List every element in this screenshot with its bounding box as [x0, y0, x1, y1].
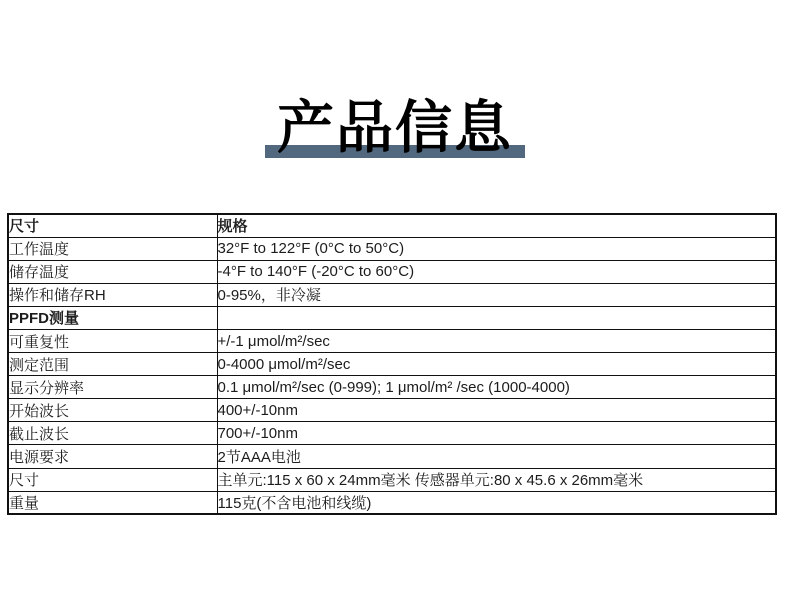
row-value: -4°F to 140°F (-20°C to 60°C)	[217, 260, 776, 283]
row-value: 400+/-10nm	[217, 399, 776, 422]
row-label: 开始波长	[8, 399, 217, 422]
row-value: 0-95%，非冷凝	[217, 283, 776, 306]
row-value: 0-4000 μmol/m²/sec	[217, 353, 776, 376]
row-label: 测定范围	[8, 353, 217, 376]
row-label: 显示分辨率	[8, 376, 217, 399]
row-label: 工作温度	[8, 237, 217, 260]
row-value: 2节AAA电池	[217, 445, 776, 468]
row-value: 0.1 μmol/m²/sec (0-999); 1 μmol/m² /sec …	[217, 376, 776, 399]
page-title-block: 产品信息	[0, 94, 790, 162]
header-col2: 规格	[217, 214, 776, 237]
table-row: 工作温度 32°F to 122°F (0°C to 50°C)	[8, 237, 776, 260]
row-label: 可重复性	[8, 329, 217, 352]
row-value	[217, 306, 776, 329]
table-section-row: PPFD测量	[8, 306, 776, 329]
spec-table-header-row: 尺寸 规格	[8, 214, 776, 237]
table-row: 开始波长 400+/-10nm	[8, 399, 776, 422]
row-value: +/-1 μmol/m²/sec	[217, 329, 776, 352]
row-value: 主单元:115 x 60 x 24mm毫米 传感器单元:80 x 45.6 x …	[217, 468, 776, 491]
row-label: 重量	[8, 491, 217, 514]
table-row: 截止波长 700+/-10nm	[8, 422, 776, 445]
row-label: 尺寸	[8, 468, 217, 491]
spec-table: 尺寸 规格 工作温度 32°F to 122°F (0°C to 50°C) 储…	[7, 213, 777, 515]
table-row: 测定范围 0-4000 μmol/m²/sec	[8, 353, 776, 376]
table-row: 可重复性 +/-1 μmol/m²/sec	[8, 329, 776, 352]
row-label: PPFD测量	[8, 306, 217, 329]
header-col1: 尺寸	[8, 214, 217, 237]
table-row: 尺寸 主单元:115 x 60 x 24mm毫米 传感器单元:80 x 45.6…	[8, 468, 776, 491]
table-row: 储存温度 -4°F to 140°F (-20°C to 60°C)	[8, 260, 776, 283]
row-label: 操作和储存RH	[8, 283, 217, 306]
table-row: 电源要求 2节AAA电池	[8, 445, 776, 468]
row-label: 截止波长	[8, 422, 217, 445]
row-value: 32°F to 122°F (0°C to 50°C)	[217, 237, 776, 260]
page-title: 产品信息	[277, 96, 513, 160]
table-row: 操作和储存RH 0-95%，非冷凝	[8, 283, 776, 306]
row-label: 电源要求	[8, 445, 217, 468]
row-label: 储存温度	[8, 260, 217, 283]
row-value: 115克(不含电池和线缆)	[217, 491, 776, 514]
row-value: 700+/-10nm	[217, 422, 776, 445]
table-row: 重量 115克(不含电池和线缆)	[8, 491, 776, 514]
page-title-inner: 产品信息	[271, 94, 519, 162]
table-row: 显示分辨率 0.1 μmol/m²/sec (0-999); 1 μmol/m²…	[8, 376, 776, 399]
